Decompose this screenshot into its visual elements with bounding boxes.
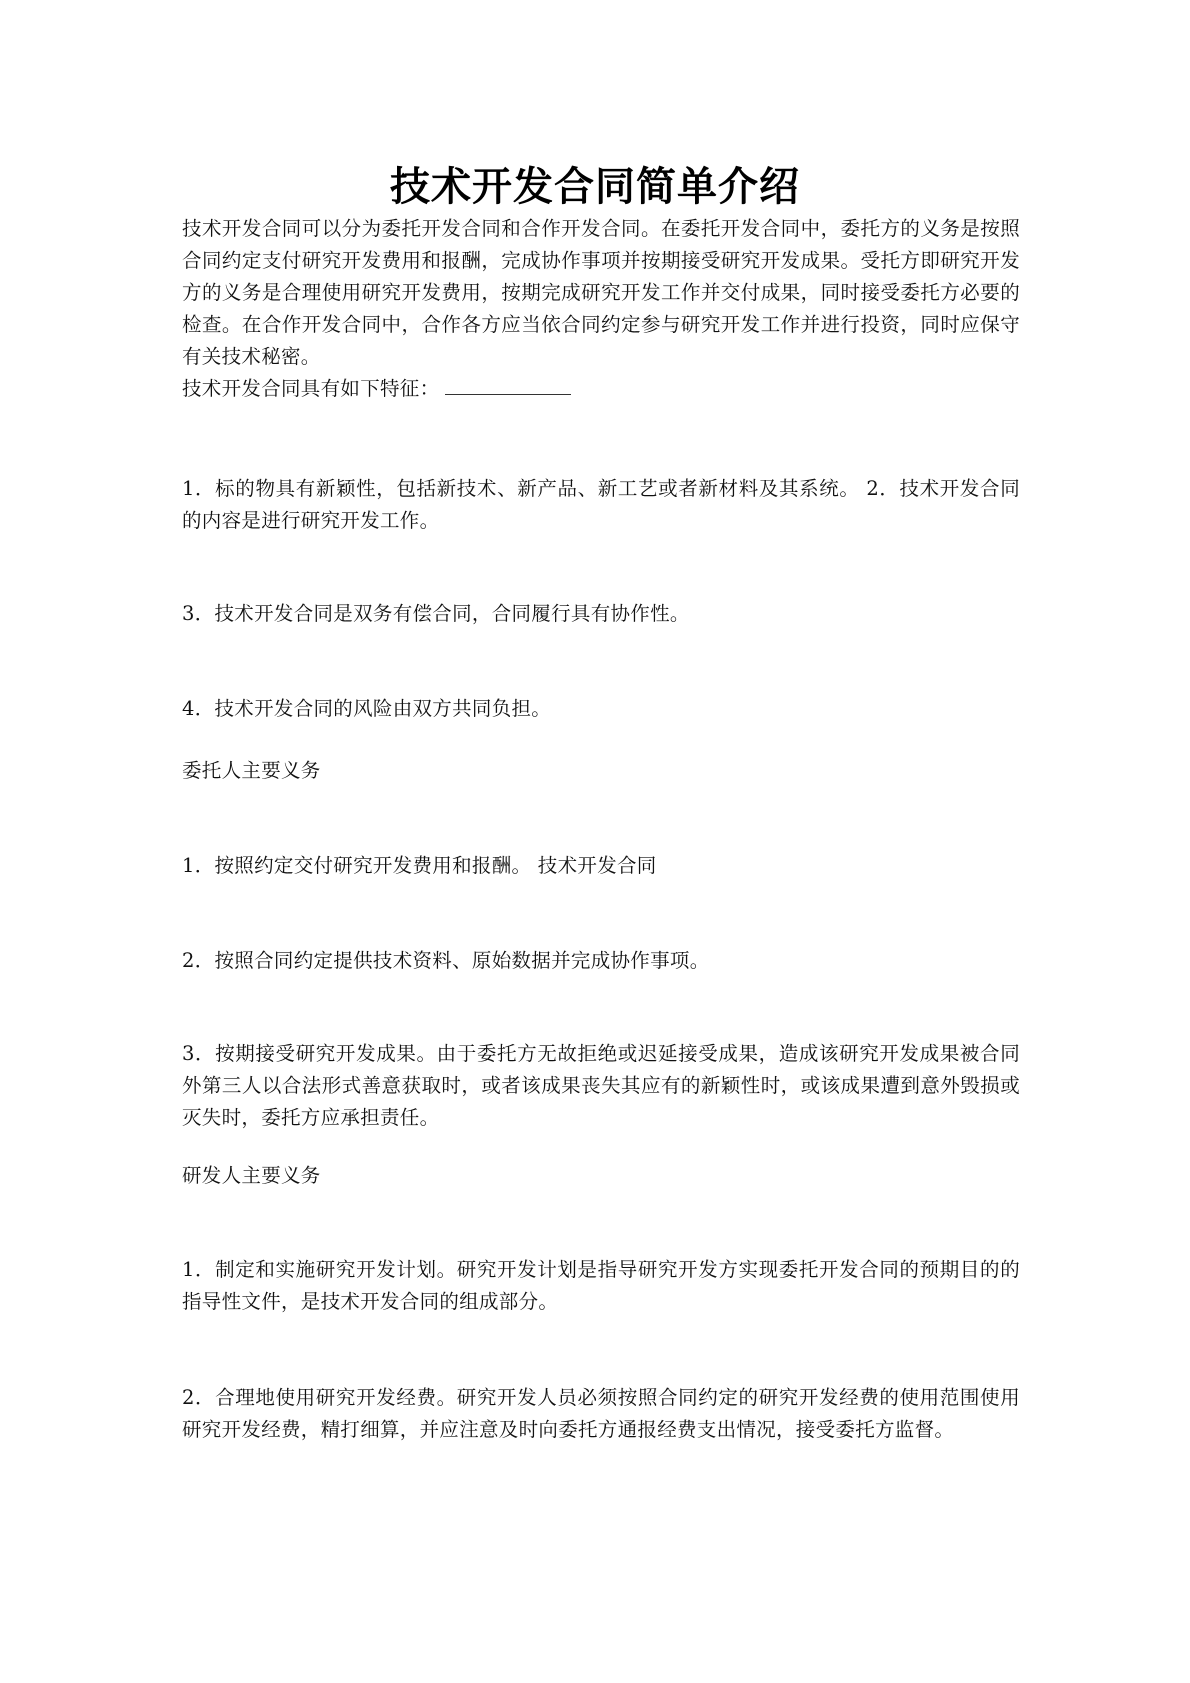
client-duty-1: 1．按照约定交付研究开发费用和报酬。 技术开发合同: [182, 850, 1020, 882]
fill-in-blank-line: [445, 374, 571, 395]
document-title: 技术开发合同简单介绍: [0, 163, 1190, 211]
intro-paragraph: 技术开发合同可以分为委托开发合同和合作开发合同。在委托开发合同中，委托方的义务是…: [182, 213, 1020, 373]
features-label-line: 技术开发合同具有如下特征：: [182, 373, 1020, 405]
client-duty-2: 2．按照合同约定提供技术资料、原始数据并完成协作事项。: [182, 945, 1020, 977]
developer-duty-1: 1．制定和实施研究开发计划。研究开发计划是指导研究开发方实现委托开发合同的预期目…: [182, 1254, 1020, 1318]
developer-duty-2: 2．合理地使用研究开发经费。研究开发人员必须按照合同约定的研究开发经费的使用范围…: [182, 1382, 1020, 1446]
feature-item-4: 4．技术开发合同的风险由双方共同负担。: [182, 693, 1020, 725]
developer-duties-heading: 研发人主要义务: [182, 1160, 1020, 1192]
client-duties-heading: 委托人主要义务: [182, 755, 1020, 787]
features-label: 技术开发合同具有如下特征：: [182, 377, 439, 400]
feature-item-1: 1．标的物具有新颖性，包括新技术、新产品、新工艺或者新材料及其系统。 2．技术开…: [182, 473, 1020, 537]
document-page: 技术开发合同简单介绍 技术开发合同可以分为委托开发合同和合作开发合同。在委托开发…: [0, 0, 1190, 1683]
client-duty-3: 3．按期接受研究开发成果。由于委托方无故拒绝或迟延接受成果，造成该研究开发成果被…: [182, 1038, 1020, 1134]
feature-item-3: 3．技术开发合同是双务有偿合同，合同履行具有协作性。: [182, 598, 1020, 630]
